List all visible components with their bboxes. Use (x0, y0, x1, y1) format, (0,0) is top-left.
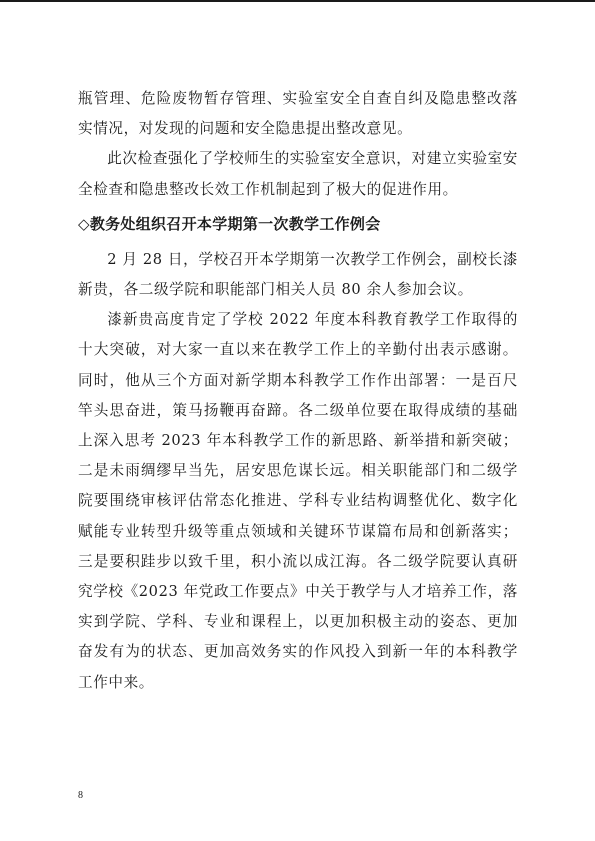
paragraph-lab-inspection-end: 瓶管理、危险废物暂存管理、实验室安全自查自纠及隐患整改落实情况，对发现的问题和安… (78, 84, 518, 144)
paragraph-meeting-intro: 2 月 28 日，学校召开本学期第一次教学工作例会，副校长漆新贵，各二级学院和职… (78, 245, 518, 305)
page-number: 8 (78, 790, 83, 801)
paragraph-lab-inspection-summary: 此次检查强化了学校师生的实验室安全意识，对建立实验室安全检查和隐患整改长效工作机… (78, 144, 518, 204)
section-heading: ◇教务处组织召开本学期第一次教学工作例会 (78, 209, 518, 239)
page-body: 瓶管理、危险废物暂存管理、实验室安全自查自纠及隐患整改落实情况，对发现的问题和安… (78, 84, 518, 698)
paragraph-meeting-details: 漆新贵高度肯定了学校 2022 年度本科教育教学工作取得的十大突破，对大家一直以… (78, 305, 518, 698)
header-rule (0, 0, 595, 2)
